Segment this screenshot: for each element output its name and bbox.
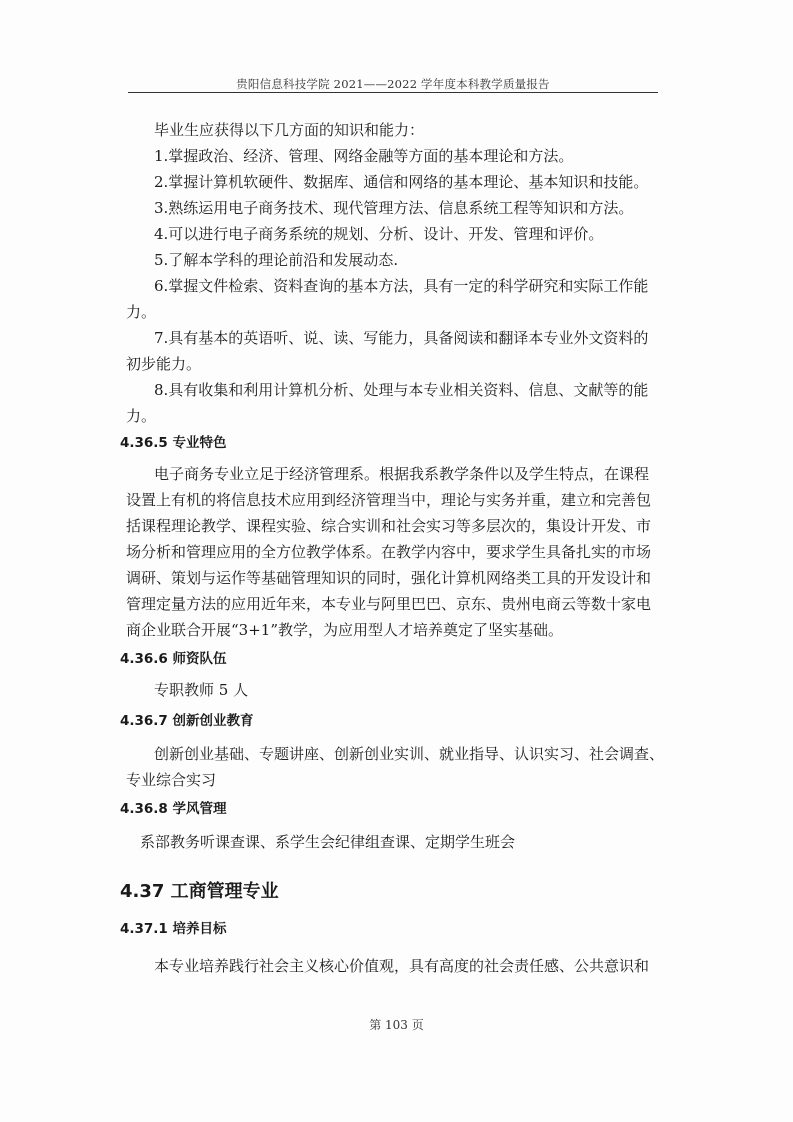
- section-heading-4365: 4.36.5 专业特色: [120, 434, 227, 452]
- document-page: 贵阳信息科技学院 2021——2022 学年度本科教学质量报告 毕业生应获得以下…: [0, 0, 793, 1122]
- knowledge-item-7-cont: 初步能力。: [126, 354, 656, 374]
- knowledge-item-8-cont: 力。: [126, 406, 656, 426]
- knowledge-item-6: 6.掌握文件检索、资料查询的基本方法，具有一定的科学研究和实际工作能: [154, 276, 684, 296]
- feature-line-2: 设置上有机的将信息技术应用到经济管理当中，理论与实务并重，建立和完善包: [126, 490, 656, 510]
- feature-line-3: 括课程理论教学、课程实验、综合实训和社会实习等多层次的，集设计开发、市: [126, 516, 656, 536]
- innovation-line-2: 专业综合实习: [126, 770, 656, 790]
- section-heading-437: 4.37 工商管理专业: [120, 880, 279, 904]
- header-divider: [128, 92, 658, 93]
- knowledge-item-7: 7.具有基本的英语听、说、读、写能力，具备阅读和翻译本专业外文资料的: [154, 328, 684, 348]
- knowledge-item-2: 2.掌握计算机软硬件、数据库、通信和网络的基本理论、基本知识和技能。: [154, 172, 684, 192]
- goal-text: 本专业培养践行社会主义核心价值观，具有高度的社会责任感、公共意识和: [154, 956, 684, 976]
- knowledge-item-8: 8.具有收集和利用计算机分析、处理与本专业相关资料、信息、文献等的能: [154, 380, 684, 400]
- knowledge-item-6-cont: 力。: [126, 302, 656, 322]
- section-heading-4371: 4.37.1 培养目标: [120, 920, 227, 938]
- page-number: 第 103 页: [0, 1016, 793, 1033]
- knowledge-item-3: 3.熟练运用电子商务技术、现代管理方法、信息系统工程等知识和方法。: [154, 198, 684, 218]
- faculty-text: 专职教师 5 人: [154, 680, 684, 700]
- section-heading-4368: 4.36.8 学风管理: [120, 800, 227, 818]
- study-style-text: 系部教务听课查课、系学生会纪律组查课、定期学生班会: [140, 832, 670, 852]
- knowledge-item-4: 4.可以进行电子商务系统的规划、分析、设计、开发、管理和评价。: [154, 224, 684, 244]
- feature-line-5: 调研、策划与运作等基础管理知识的同时，强化计算机网络类工具的开发设计和: [126, 568, 656, 588]
- feature-line-6: 管理定量方法的应用近年来，本专业与阿里巴巴、京东、贵州电商云等数十家电: [126, 594, 656, 614]
- feature-line-1: 电子商务专业立足于经济管理系。根据我系教学条件以及学生特点，在课程: [154, 464, 684, 484]
- section-heading-4366: 4.36.6 师资队伍: [120, 650, 227, 668]
- section-heading-4367: 4.36.7 创新创业教育: [120, 712, 254, 730]
- page-header-title: 贵阳信息科技学院 2021——2022 学年度本科教学质量报告: [130, 76, 656, 92]
- knowledge-intro: 毕业生应获得以下几方面的知识和能力：: [154, 120, 684, 140]
- innovation-line-1: 创新创业基础、专题讲座、创新创业实训、就业指导、认识实习、社会调查、: [154, 744, 684, 764]
- feature-line-4: 场分析和管理应用的全方位教学体系。在教学内容中，要求学生具备扎实的市场: [126, 542, 656, 562]
- knowledge-item-5: 5.了解本学科的理论前沿和发展动态.: [154, 250, 684, 270]
- knowledge-item-1: 1.掌握政治、经济、管理、网络金融等方面的基本理论和方法。: [154, 146, 684, 166]
- feature-line-7: 商企业联合开展“3+1”教学，为应用型人才培养奠定了坚实基础。: [126, 620, 656, 640]
